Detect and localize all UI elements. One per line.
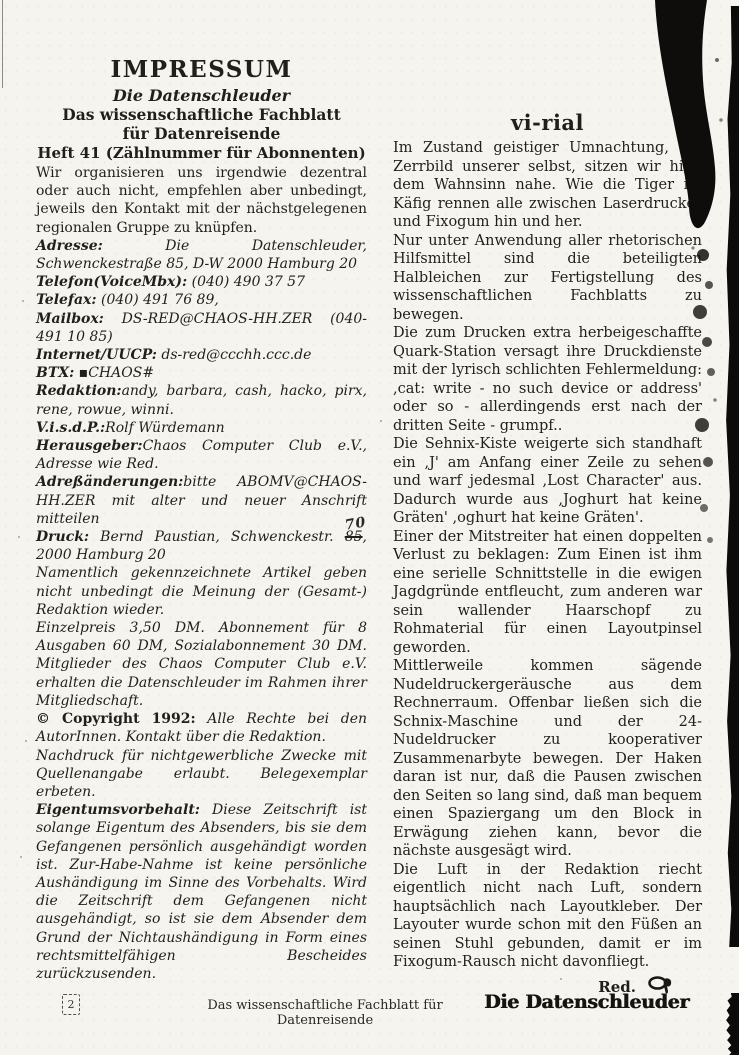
contact-entry-visdp: V.i.s.d.P.:Rolf Würdemann [36, 419, 367, 437]
eigentumsvorbehalt-entry: Eigentumsvorbehalt: Diese Zeitschrift is… [36, 801, 367, 983]
contact-entry-telefax: Telefax: (040) 491 76 89, [36, 291, 367, 309]
page-footer: 2 Das wissenschaftliche Fachblatt für Da… [0, 990, 739, 1024]
struck-street-number: 8570 [345, 529, 363, 545]
scan-left-edge-line [2, 0, 3, 88]
intro-paragraph: Wir organisieren uns irgendwie dezentral… [36, 164, 367, 237]
note-einzelpreis: Einzelpreis 3,50 DM. Abonnement für 8 Au… [36, 619, 367, 710]
contact-entry-internet: Internet/UUCP: ds-red@ccchh.ccc.de [36, 346, 367, 364]
footer-tagline: Das wissenschaftliche Fachblatt für Date… [165, 998, 485, 1028]
contact-entry-btx: BTX: ▪CHAOS# [36, 364, 367, 382]
nachdruck-entry: Nachdruck für nichtgewerbliche Zwecke mi… [36, 747, 367, 802]
magazine-subtitle-line2: für Datenreisende [36, 124, 367, 143]
magazine-title: Die Datenschleuder [36, 86, 367, 105]
imprint-block: Adresse: Die Datenschleuder, Schwenckest… [36, 237, 367, 983]
contact-entry-adresse: Adresse: Die Datenschleuder, Schwenckest… [36, 237, 367, 273]
footer-brand: Die Datenschleuder [484, 991, 689, 1013]
page-number-box: 2 [62, 994, 80, 1015]
impressum-heading: IMPRESSUM [36, 56, 367, 83]
virial-paragraph: Die Luft in der Redaktion riecht eigentl… [393, 861, 702, 972]
paper-speck [380, 420, 382, 422]
paper-speck [25, 740, 27, 742]
contact-entry-redaktion: Redaktion:andy, barbara, cash, hacko, pi… [36, 382, 367, 418]
paper-speck [22, 300, 24, 302]
contact-entry-mailbox: Mailbox: DS-RED@CHAOS-HH.ZER (040-491 10… [36, 310, 367, 346]
scanned-magazine-page: IMPRESSUM Die Datenschleuder Das wissens… [0, 0, 739, 1055]
issue-line: Heft 41 (Zählnummer für Abonnenten) [36, 143, 367, 163]
handwritten-correction: 70 [344, 513, 368, 535]
contact-entry-herausgeber: Herausgeber:Chaos Computer Club e.V., Ad… [36, 437, 367, 473]
paper-speck [20, 856, 22, 858]
virial-paragraph: Mittlerweile kommen sägende Nudeldrucker… [393, 657, 702, 861]
copyright-entry: © Copyright 1992: Alle Rechte bei den Au… [36, 710, 367, 746]
scan-ink-smudge [645, 0, 730, 580]
impressum-column: IMPRESSUM Die Datenschleuder Das wissens… [36, 56, 367, 983]
paper-speck [18, 536, 20, 538]
note-namentlich: Namentlich gekennzeichnete Artikel geben… [36, 564, 367, 619]
paper-speck [560, 978, 562, 980]
druck-entry: Druck: Bernd Paustian, Schwenckestr. 857… [36, 528, 367, 564]
contact-entry-telefon: Telefon(VoiceMbx): (040) 490 37 57 [36, 273, 367, 291]
magazine-subtitle-line1: Das wissenschaftliche Fachblatt [36, 105, 367, 124]
contact-entry-adressaenderungen: Adreßänderungen:bitte ABOMV@CHAOS-HH.ZER… [36, 473, 367, 528]
